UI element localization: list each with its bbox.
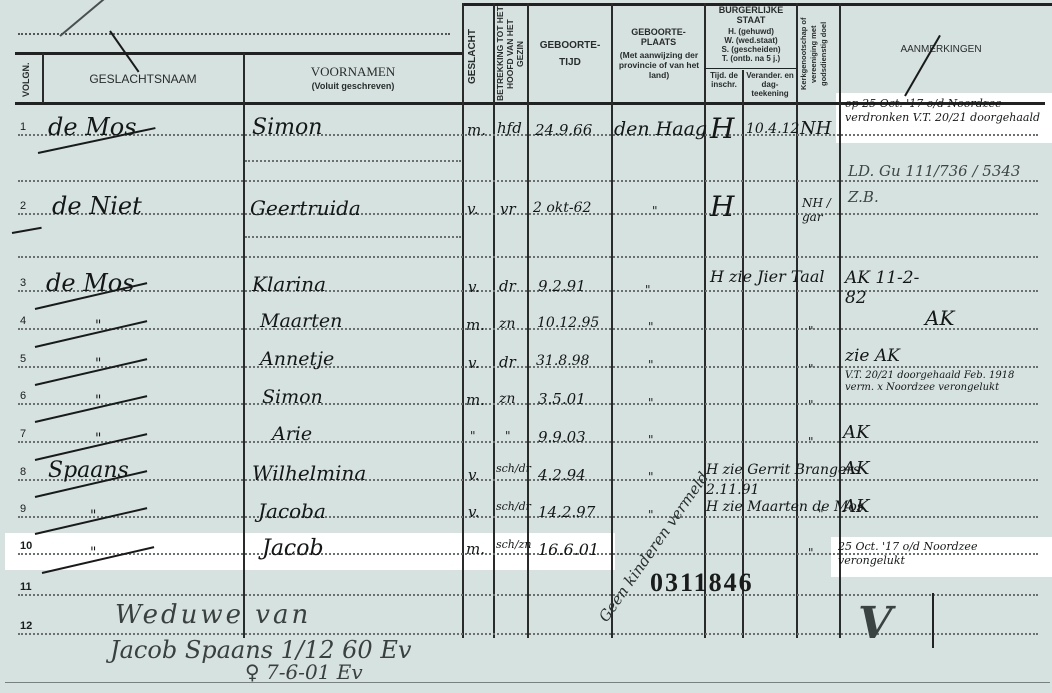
ditto-mark: "	[648, 396, 654, 410]
ditto-mark: "	[648, 508, 654, 522]
footer-note-line3: ♀ 7-6-01 Ev	[245, 660, 363, 684]
strike-line	[35, 433, 148, 461]
ditto-mark: "	[808, 324, 814, 338]
footer-note-line1: Weduwe van	[115, 600, 311, 630]
row-number: 1	[20, 121, 26, 133]
row-subline-1	[245, 160, 461, 162]
col-divider-voornamen	[462, 3, 464, 638]
remarks-cell: AK	[925, 306, 954, 330]
birth-date-cell: 10.12.95	[537, 315, 599, 331]
church-cell: NH / gar	[802, 196, 834, 224]
given-name-cell: Maarten	[260, 310, 342, 332]
strike-line	[12, 227, 42, 234]
relation-cell: hfd	[497, 119, 522, 137]
header-geslacht: GESLACHT	[468, 12, 488, 102]
header-verander: Verander. en dag-teekening	[744, 71, 796, 98]
civil-status-cell: H	[710, 112, 734, 145]
row-number: 5	[20, 353, 26, 365]
remarks-cell: AK	[843, 422, 869, 443]
ditto-mark: "	[808, 398, 814, 412]
remarks-cell: AK 11-2-82	[845, 268, 935, 308]
sex-cell: v.	[468, 354, 479, 372]
row-number: 9	[20, 503, 26, 515]
header-top-border-left	[15, 52, 462, 55]
civil-status-cell: H zie Jier Taal	[710, 268, 834, 286]
row-line-1	[18, 134, 1038, 136]
birth-date-cell: 2 okt-62	[533, 200, 591, 216]
header-geboortetijd-1: GEBOORTE-	[529, 40, 611, 51]
relation-cell: vr	[500, 200, 516, 218]
relation-cell: sch/dr	[496, 462, 531, 475]
header-bs-legend-w: W. (wed.staat)	[706, 36, 796, 45]
birth-date-cell: 9.2.91	[538, 277, 586, 295]
ditto-mark: "	[818, 507, 824, 521]
birth-date-cell: 14.2.97	[538, 503, 595, 521]
ditto-mark: "	[808, 435, 814, 449]
given-name-cell: Simon	[262, 386, 323, 408]
given-name-cell: Klarina	[252, 272, 326, 296]
row-line-11	[18, 594, 1038, 596]
birth-date-cell: 16.6.01	[538, 540, 599, 559]
sex-cell: v.	[468, 278, 479, 296]
ditto-mark: "	[648, 320, 654, 334]
burgerlijke-staat-subdivider	[704, 68, 796, 69]
row-number: 3	[20, 277, 26, 289]
sex-cell: m.	[467, 121, 486, 139]
given-name-cell: Wilhelmina	[252, 461, 366, 485]
row-line-7	[18, 441, 1038, 443]
header-kerkgenootschap: Kerkgenootschap of vereeniging met godsd…	[799, 6, 837, 102]
row-line-2	[18, 213, 1038, 215]
row-number: 10	[20, 540, 32, 552]
relation-cell: dr	[499, 353, 516, 371]
col-divider-geboortetijd	[611, 3, 613, 638]
header-voornamen: VOORNAMEN	[245, 66, 461, 77]
header-geboortetijd-2: TIJD	[529, 57, 611, 68]
civil-status-cell: H zie Gerrit Brangers 2.11.91	[706, 460, 916, 500]
header-voornamen-sub: (Voluit geschreven)	[245, 81, 461, 92]
row-number: 8	[20, 466, 26, 478]
birth-date-cell: 24.9.66	[535, 121, 592, 139]
relation-cell: dr	[499, 277, 516, 295]
remarks-cell: LD. Gu 111/736 / 5343 Z.B.	[848, 158, 1038, 210]
sex-cell: m.	[466, 540, 485, 558]
header-geslachtsnaam: GESLACHTSNAAM	[44, 74, 242, 85]
surname-cell: de Mos	[48, 113, 137, 141]
row-number: 12	[20, 620, 32, 632]
row-line-2b	[18, 256, 1038, 258]
given-name-cell: Simon	[252, 115, 322, 140]
sex-cell: v.	[467, 200, 478, 218]
col-divider-geboorteplaats	[704, 3, 706, 638]
relation-cell: zn	[499, 391, 515, 407]
row-line-4	[18, 328, 1038, 330]
header-bs-legend-t: T. (ontb. na 5 j.)	[706, 54, 796, 63]
remarks-cell: zie AK	[845, 346, 900, 366]
row-number: 7	[20, 428, 26, 440]
birth-date-cell: 9.9.03	[538, 428, 586, 446]
row-number: 11	[20, 581, 32, 593]
header-geboorteplaats-sub: (Met aanwijzing der provincie of van het…	[616, 50, 702, 80]
ditto-mark: "	[648, 470, 654, 484]
sex-cell: v.	[468, 503, 479, 521]
ditto-mark: "	[648, 358, 654, 372]
family-registration-card: VOLGN. GESLACHTSNAAM VOORNAMEN (Voluit g…	[0, 0, 1052, 693]
remarks-cell: AK	[843, 458, 869, 479]
relation-cell: zn	[499, 316, 515, 332]
birth-date-cell: 3.5.01	[538, 390, 586, 408]
header-volgn: VOLGN.	[22, 58, 36, 102]
change-date-cell: 10.4.12	[746, 121, 799, 137]
given-name-cell: Annetje	[260, 348, 334, 370]
corner-pen-stroke	[59, 0, 129, 37]
given-name-cell: Geertruida	[250, 196, 361, 220]
surname-cell: Spaans	[48, 458, 129, 483]
tally-stroke	[932, 593, 934, 648]
row-number: 2	[20, 200, 26, 212]
row-number: 4	[20, 315, 26, 327]
row-subline-2	[245, 236, 461, 238]
row-line-5	[18, 366, 1038, 368]
sex-cell: m.	[466, 391, 485, 409]
birth-date-cell: 31.8.98	[536, 353, 589, 369]
ditto-mark: "	[808, 362, 814, 376]
row-number: 6	[20, 390, 26, 402]
ditto-mark: "	[808, 546, 814, 560]
given-name-cell: Jacob	[262, 536, 324, 561]
remarks-cell: AK	[843, 496, 869, 517]
top-dotted-line	[18, 33, 450, 35]
remarks-cell: op 25 Oct. '17 o/d Noordzee verdronken V…	[845, 97, 1045, 125]
remarks-cell: V.T. 20/21 doorgehaald Feb. 1918 verm. x…	[845, 370, 1045, 394]
ditto-mark: "	[645, 283, 651, 297]
registration-stamp-number: 0311846	[650, 568, 754, 598]
relation-cell: "	[505, 429, 511, 443]
church-cell: NH	[800, 118, 831, 139]
sex-cell: "	[470, 429, 476, 443]
header-aanmerkingen: AANMERKINGEN	[841, 44, 1041, 55]
header-bs-legend-h: H. (gehuwd)	[706, 27, 796, 36]
sex-cell: v.	[468, 466, 479, 484]
strike-line	[35, 395, 148, 423]
birth-date-cell: 4.2.94	[538, 466, 586, 484]
surname-cell: de Niet	[52, 192, 142, 220]
relation-cell: sch/zn	[496, 538, 531, 551]
header-burgerlijke-staat: BURGERLIJKE STAAT	[706, 5, 796, 25]
row-line-6	[18, 403, 1038, 405]
relation-cell: sch/dr	[496, 500, 531, 513]
remarks-cell: 25 Oct. '17 o/d Noordzee verongelukt	[838, 540, 1038, 568]
header-tijd: Tijd. de inschr.	[706, 71, 742, 89]
check-mark: V	[858, 598, 892, 649]
strike-line	[35, 358, 148, 386]
ditto-mark: "	[652, 204, 658, 218]
col-divider-verander	[796, 3, 798, 638]
ditto-mark: "	[648, 433, 654, 447]
card-bottom-border	[5, 682, 1050, 683]
col-divider-geslachtsnaam	[243, 53, 245, 638]
header-bs-legend-s: S. (gescheiden)	[706, 45, 796, 54]
birth-place-cell: den Haag	[614, 118, 707, 140]
given-name-cell: Arie	[272, 423, 312, 445]
strike-line	[35, 320, 148, 348]
given-name-cell: Jacoba	[258, 499, 326, 523]
header-betrekking: BETREKKING TOT HET HOOFD VAN HET GEZIN	[495, 6, 525, 102]
header-geboorteplaats-2: PLAATS	[613, 37, 704, 48]
surname-cell: de Mos	[46, 269, 135, 297]
civil-status-cell: H	[710, 190, 734, 223]
sex-cell: m.	[466, 316, 485, 334]
